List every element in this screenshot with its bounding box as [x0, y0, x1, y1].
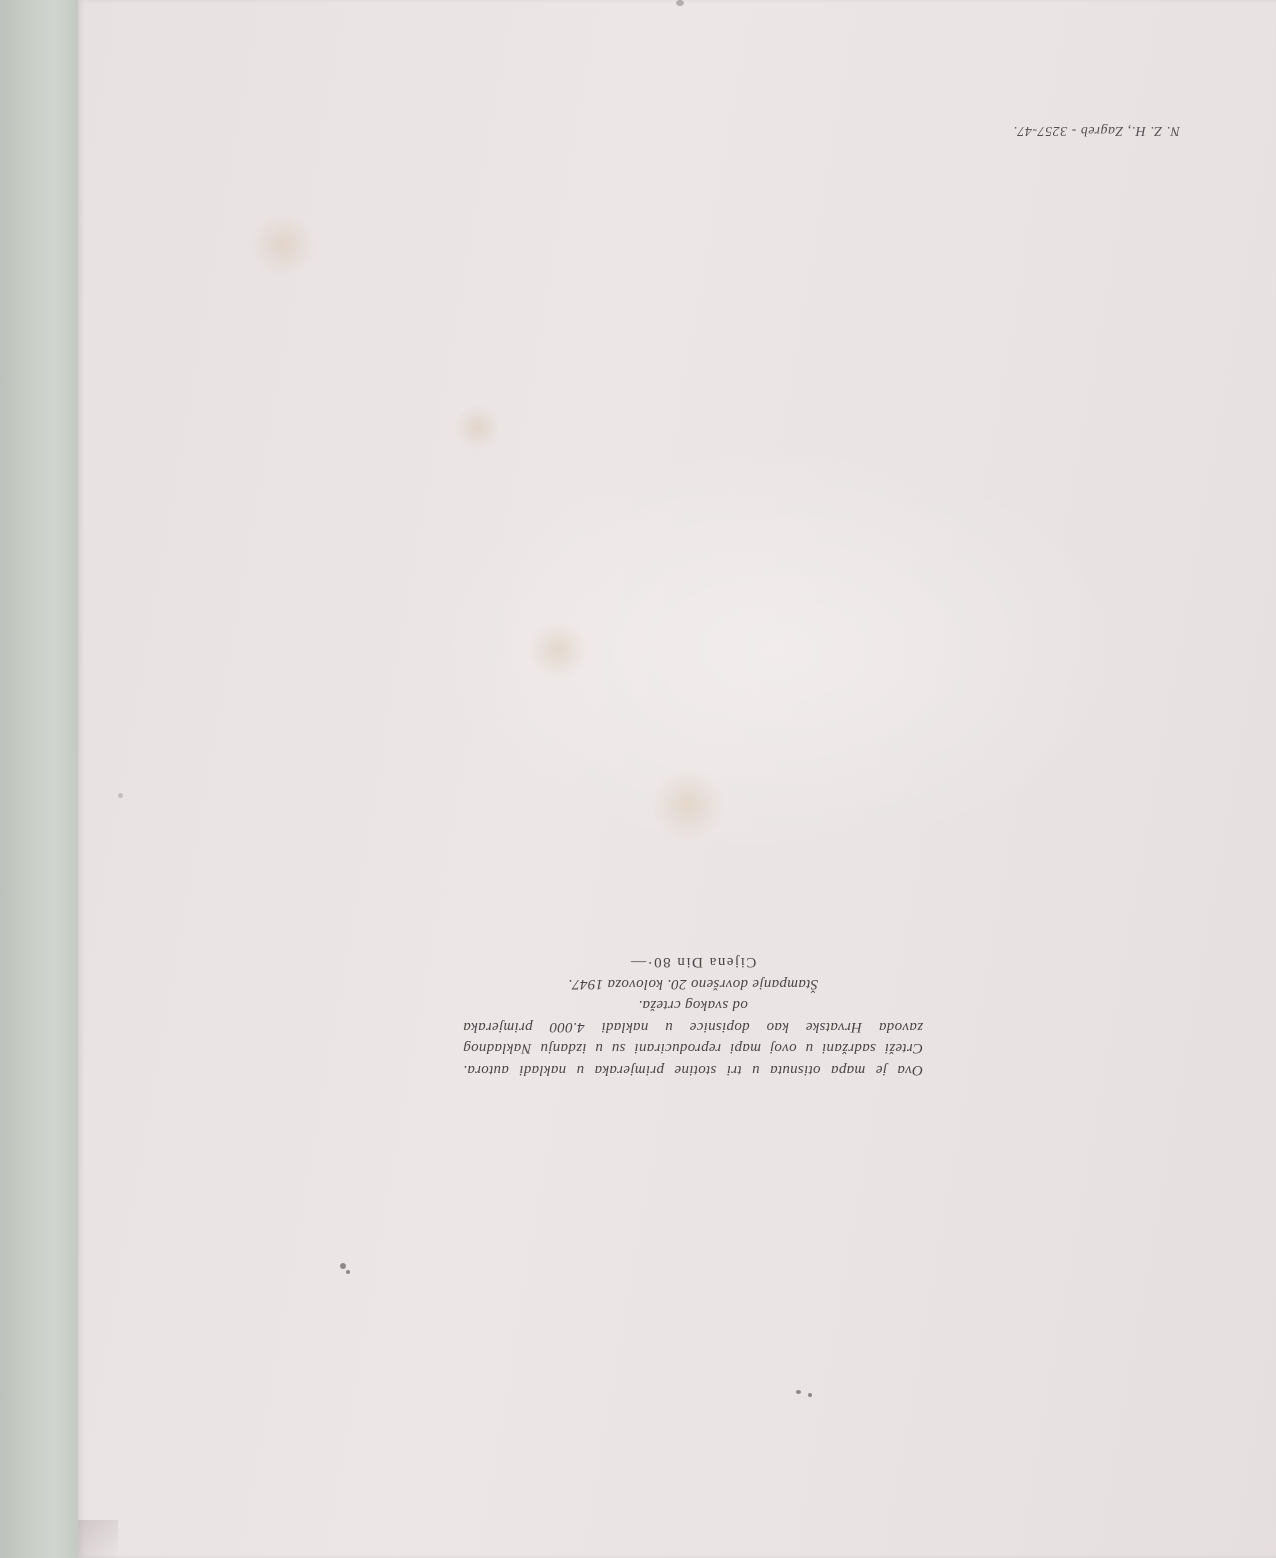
price: Cijena Din 80·—: [463, 951, 923, 973]
colophon-line: od svakog crteža.: [463, 994, 923, 1016]
colophon: Ova je mapa otisnuta u tri stotine primj…: [463, 951, 923, 1080]
upside-down-content: N. Z. H., Zagreb - 3257-47. Ova je mapa …: [78, 0, 1276, 1558]
print-date: Štampanje dovršeno 20. kolovoza 1947.: [463, 973, 923, 995]
colophon-line: Crteži sadržani u ovoj mapi reproduciran…: [463, 1037, 923, 1059]
colophon-line: zavoda Hrvatske kao dopisnice u nakladi …: [463, 1016, 923, 1038]
document-page: N. Z. H., Zagreb - 3257-47. Ova je mapa …: [78, 0, 1276, 1558]
colophon-line: Ova je mapa otisnuta u tri stotine primj…: [463, 1059, 923, 1081]
printer-mark: N. Z. H., Zagreb - 3257-47.: [940, 122, 1180, 138]
cover-spine: [0, 0, 78, 1558]
